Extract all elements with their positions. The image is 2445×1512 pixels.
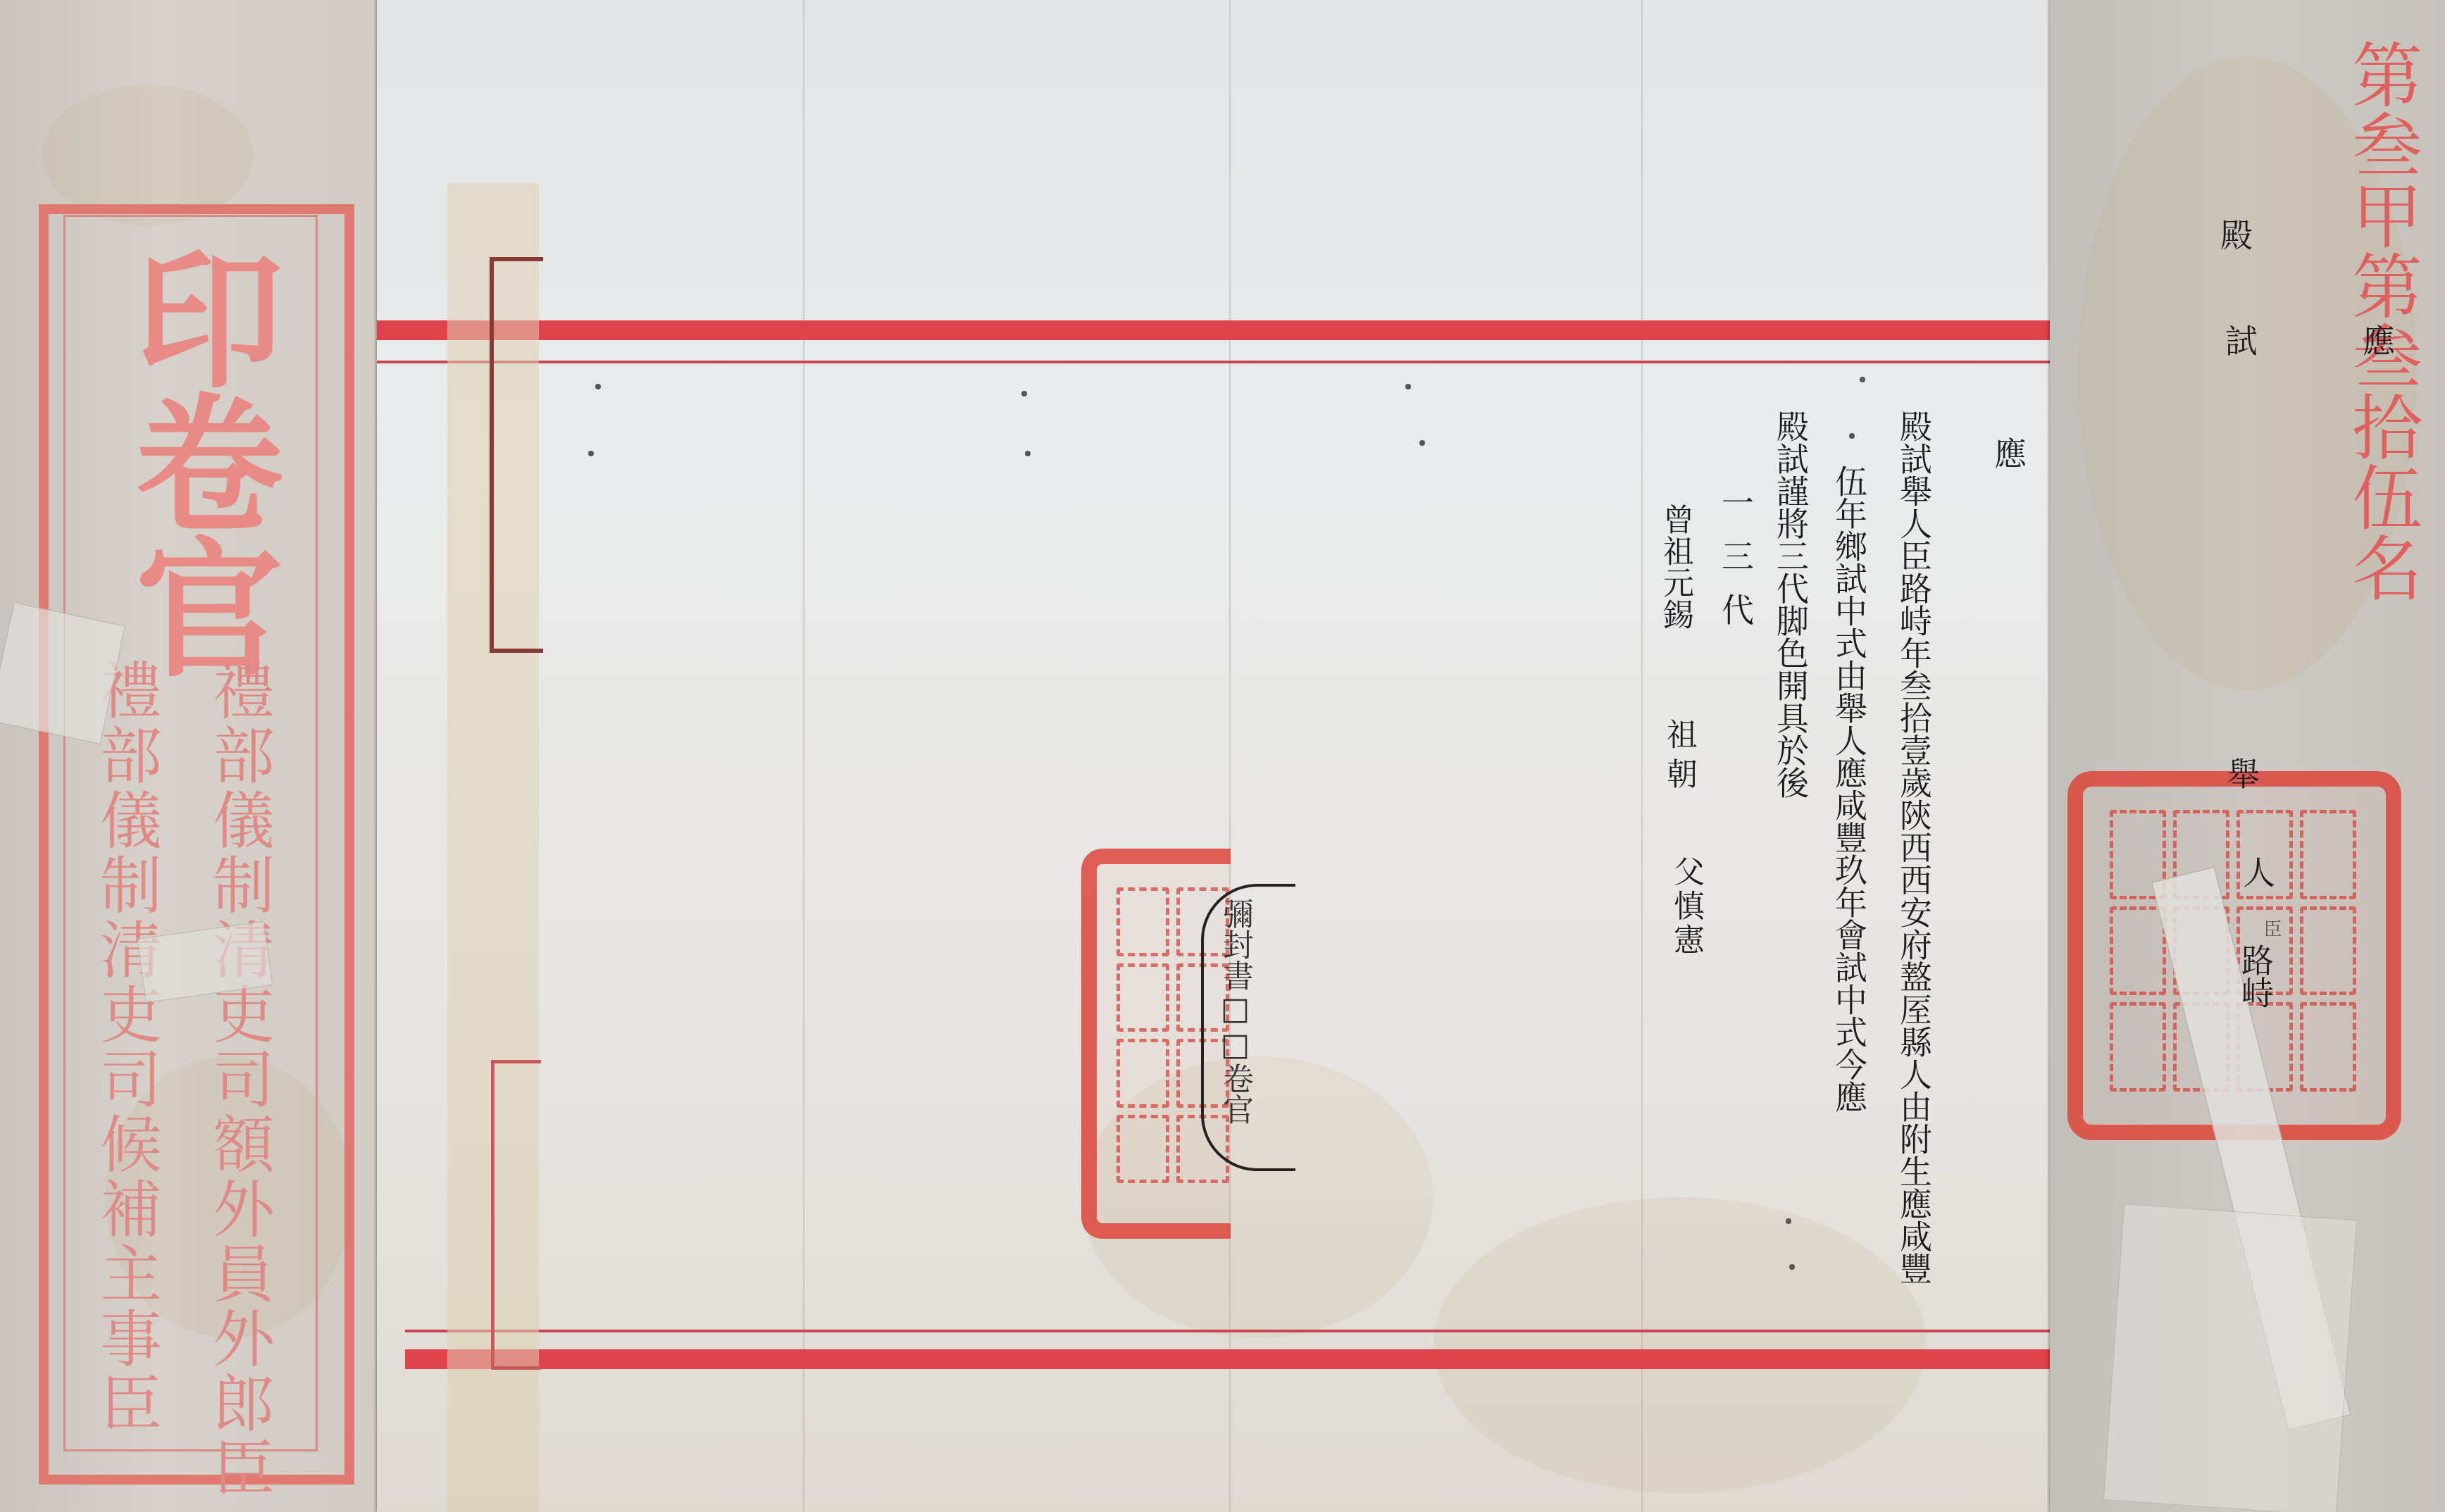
fold-line <box>803 0 804 1512</box>
pin-hole <box>1860 377 1865 382</box>
stamp-title: 印卷官 <box>123 243 271 676</box>
cover-label-ren: 人 <box>2240 856 2274 888</box>
pin-hole <box>1025 451 1031 456</box>
left-panel-seal-officer: 印卷官 禮部儀制清吏司額外員外郎臣 禮部儀制清吏司候補主事臣 <box>0 0 394 1512</box>
ancestor-great-grandfather: 曾祖元錫 <box>1659 504 1691 630</box>
cover-candidate-name: 路峙 <box>2236 944 2275 1008</box>
bottom-red-rule-thin <box>405 1330 2050 1332</box>
bottom-red-bracket <box>491 1060 541 1370</box>
top-brown-bracket <box>490 257 543 653</box>
main-col-ying: 應 <box>1991 437 2025 469</box>
cover-label-ying: 應 <box>2360 324 2394 356</box>
main-col-2: 伍年鄉試中式由舉人應咸豐玖年會試中式今應 <box>1832 465 1866 1113</box>
ancestor-father: 父慎憲 <box>1669 856 1702 957</box>
cover-label-ju: 舉 <box>2225 757 2258 789</box>
top-red-rule-thin <box>377 361 2050 363</box>
pin-hole <box>595 384 601 389</box>
paper-stain <box>1433 1197 1927 1493</box>
pin-hole <box>1021 391 1027 396</box>
bottom-red-rule-thick <box>405 1349 2050 1369</box>
pin-hole <box>1786 1218 1791 1224</box>
pin-hole <box>1419 440 1425 446</box>
main-col-san-dai: 一三代 <box>1719 486 1753 646</box>
cover-label-shi: 試 <box>2222 324 2256 356</box>
ancestor-grandfather: 祖朝 <box>1662 718 1695 797</box>
official-column-2: 禮部儀制清吏司候補主事臣 <box>95 658 157 1436</box>
pin-hole <box>1849 433 1855 439</box>
main-col-3: 殿試謹將三代脚色開具於後 <box>1774 410 1808 799</box>
pin-hole <box>1789 1264 1795 1270</box>
paper-tear <box>2103 1204 2358 1512</box>
ranking-label: 第叁甲第叁拾伍名 <box>2346 39 2416 602</box>
pin-hole <box>588 451 594 456</box>
cover-label-dian: 殿 <box>2217 218 2251 251</box>
main-col-1: 殿試舉人臣路峙年叁拾壹歲陝西西安府盩厔縣人由附生應咸豐 <box>1897 410 1931 1285</box>
top-red-rule-thick <box>377 320 2050 340</box>
right-panel-ranking-cover: 第叁甲第叁拾伍名 應 殿 試 舉 人 臣 路峙 <box>2050 0 2445 1512</box>
cover-label-chen: 臣 <box>2261 919 2281 937</box>
pin-hole <box>1405 384 1411 389</box>
seal-oval-text: 彌封書□□卷官 <box>1219 898 1251 1125</box>
official-column-1: 禮部儀制清吏司額外員外郎臣 <box>208 658 270 1501</box>
main-exam-page: 彌封書□□卷官 應 殿試舉人臣路峙年叁拾壹歲陝西西安府盩厔縣人由附生應咸豐 伍年… <box>377 0 2053 1512</box>
